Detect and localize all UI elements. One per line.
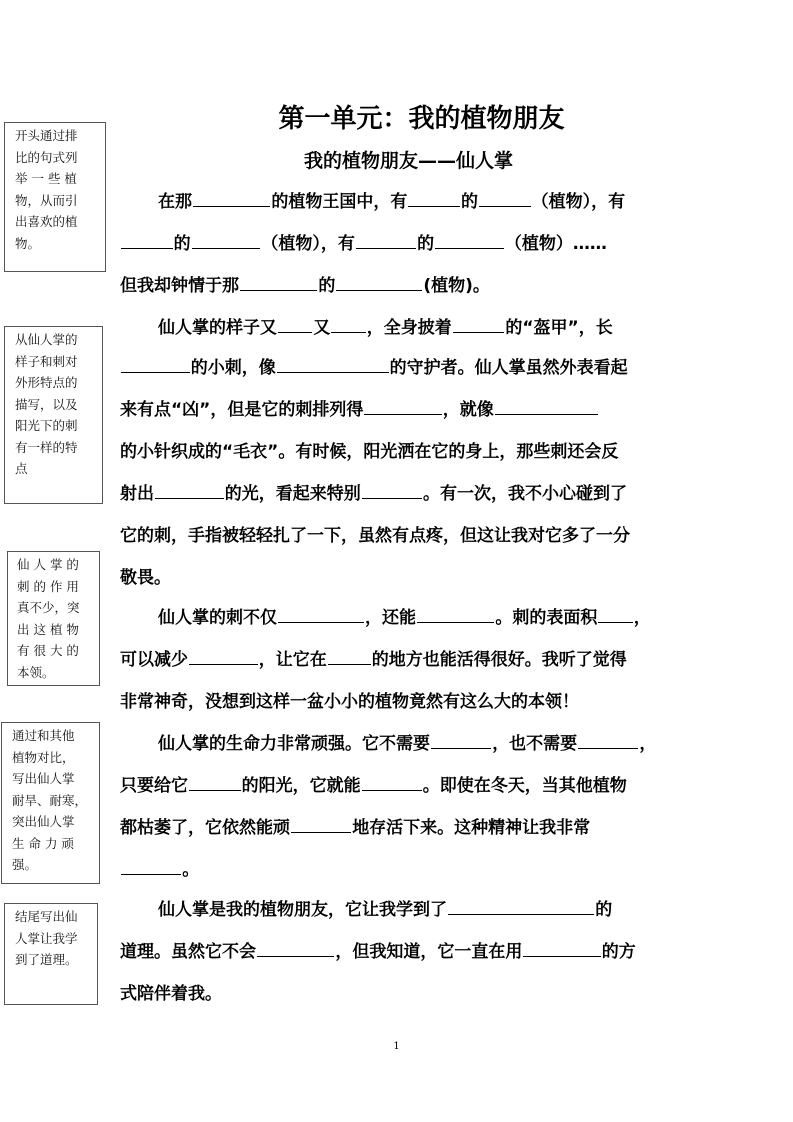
fill-in-blank[interactable]	[193, 190, 270, 207]
margin-note-line: 举 一 些 植	[15, 168, 99, 190]
essay-line: 的（植物），有的（植物）……	[120, 232, 676, 256]
essay-line: 式陪伴着我。	[120, 982, 676, 1006]
margin-note-line: 出 这 植 物	[17, 619, 93, 641]
essay-line: 的小刺，像的守护者。仙人掌虽然外表看起	[120, 356, 676, 380]
essay-text: ，让它在	[259, 650, 327, 670]
margin-note-line: 耐旱、耐寒，	[12, 790, 93, 812]
essay-line: 非常神奇，没想到这样一盆小小的植物竟然有这么大的本领！	[120, 690, 676, 714]
fill-in-blank[interactable]	[417, 606, 494, 623]
essay-text: （植物）……	[505, 234, 607, 254]
margin-note-line: 人掌让我学	[15, 928, 91, 950]
essay-text: 又	[313, 318, 330, 338]
essay-text: 的	[461, 192, 478, 212]
essay-text: （植物），有	[261, 234, 355, 254]
fill-in-blank[interactable]	[155, 482, 224, 499]
essay-text: 仙人掌的样子又	[158, 318, 277, 338]
essay-text: 道理。虽然它不会	[120, 942, 256, 962]
essay-text: ，全身披着	[367, 318, 452, 338]
margin-note-line: 有一样的特	[15, 437, 96, 459]
margin-note-line: 突出仙人掌	[12, 811, 93, 833]
margin-note-line: 开头通过排	[15, 125, 99, 147]
essay-text: 敬畏。	[120, 568, 171, 588]
essay-text: 只要给它	[120, 776, 188, 796]
fill-in-blank[interactable]	[453, 316, 505, 333]
fill-in-blank[interactable]	[331, 316, 365, 333]
essay-text: 的地方也能活得很好。我听了觉得	[372, 650, 627, 670]
unit-title: 第一单元：我的植物朋友	[0, 98, 793, 135]
fill-in-blank[interactable]	[598, 606, 632, 623]
margin-note-line: 真不少，突	[17, 597, 93, 619]
fill-in-blank[interactable]	[121, 356, 190, 373]
essay-line: 都枯萎了，它依然能顽地存活下来。这种精神让我非常	[120, 816, 676, 840]
margin-note-line: 阳光下的刺	[15, 415, 96, 437]
essay-text: 的守护者。仙人掌虽然外表看起	[390, 358, 628, 378]
essay-text: ，	[634, 608, 651, 628]
essay-text: 它的刺，手指被轻轻扎了一下，虽然有点疼，但这让我对它多了一分	[120, 526, 630, 546]
margin-note-line: 生 命 力 顽	[12, 833, 93, 855]
essay-line: 仙人掌的刺不仅，还能。刺的表面积，	[158, 606, 676, 630]
essay-text: 非常神奇，没想到这样一盆小小的植物竟然有这么大的本领！	[120, 692, 579, 712]
essay-text: 式陪伴着我。	[120, 984, 222, 1004]
fill-in-blank[interactable]	[435, 232, 504, 249]
margin-note-line: 仙 人 掌 的	[17, 554, 93, 576]
essay-text: 的“盔甲”，长	[505, 318, 612, 338]
fill-in-blank[interactable]	[362, 482, 422, 499]
margin-note-appearance: 从仙人掌的样子和刺对外形特点的描写，以及阳光下的刺有一样的特点	[4, 326, 103, 504]
page-number: 1	[0, 1041, 793, 1052]
essay-text: 的阳光，它就能	[242, 776, 361, 796]
essay-line: 仙人掌的样子又又，全身披着的“盔甲”，长	[158, 316, 676, 340]
essay-text: 仙人掌是我的植物朋友，它让我学到了	[158, 900, 447, 920]
margin-note-line: 刺 的 作 用	[17, 576, 93, 598]
essay-line: 敬畏。	[120, 566, 676, 590]
fill-in-blank[interactable]	[192, 232, 261, 249]
essay-line: 道理。虽然它不会，但我知道，它一直在用的方	[120, 940, 676, 964]
essay-text: ，还能	[365, 608, 416, 628]
essay-text: 的	[595, 900, 612, 920]
margin-note-line: 通过和其他	[12, 725, 93, 747]
fill-in-blank[interactable]	[362, 774, 422, 791]
margin-note-line: 物。	[15, 233, 99, 255]
essay-line: 。	[120, 858, 676, 882]
margin-note-line: 写出仙人掌	[12, 768, 93, 790]
essay-text: 的小针织成的“毛衣”。有时候，阳光洒在它的身上，那些刺还会反	[120, 442, 618, 462]
essay-text: 的	[417, 234, 434, 254]
margin-note-line: 样子和刺对	[15, 351, 96, 373]
essay-text: 的植物王国中，有	[271, 192, 407, 212]
essay-text: 。即使在冬天，当其他植物	[423, 776, 627, 796]
fill-in-blank[interactable]	[431, 732, 491, 749]
essay-line: 的小针织成的“毛衣”。有时候，阳光洒在它的身上，那些刺还会反	[120, 440, 676, 464]
fill-in-blank[interactable]	[364, 398, 441, 415]
essay-line: 但我却钟情于那的(植物)。	[120, 274, 676, 298]
fill-in-blank[interactable]	[240, 274, 317, 291]
essay-text: ，但我知道，它一直在用	[335, 942, 522, 962]
margin-note-vitality: 通过和其他植物对比，写出仙人掌耐旱、耐寒，突出仙人掌生 命 力 顽强。	[1, 722, 100, 884]
essay-text: 。	[182, 860, 199, 880]
essay-text: 来有点“凶”，但是它的刺排列得	[120, 400, 363, 420]
essay-text: （植物），有	[532, 192, 626, 212]
essay-text: 仙人掌的刺不仅	[158, 608, 277, 628]
essay-text: 的光，看起来特别	[225, 484, 361, 504]
margin-note-thorn-function: 仙 人 掌 的刺 的 作 用真不少，突出 这 植 物有 很 大 的本领。	[7, 551, 100, 686]
margin-note-line: 比的句式列	[15, 147, 99, 169]
margin-note-line: 出喜欢的植	[15, 211, 99, 233]
essay-line: 可以减少，让它在的地方也能活得很好。我听了觉得	[120, 648, 676, 672]
essay-line: 它的刺，手指被轻轻扎了一下，虽然有点疼，但这让我对它多了一分	[120, 524, 676, 548]
fill-in-blank[interactable]	[479, 190, 531, 207]
fill-in-blank[interactable]	[257, 940, 334, 957]
essay-text: 的	[318, 276, 335, 296]
margin-note-line: 强。	[12, 854, 93, 876]
margin-note-line: 从仙人掌的	[15, 329, 96, 351]
margin-note-line: 有 很 大 的	[17, 640, 93, 662]
essay-text: (植物)。	[423, 276, 490, 296]
fill-in-blank[interactable]	[523, 940, 600, 957]
essay-line: 仙人掌的生命力非常顽强。它不需要，也不需要，	[158, 732, 676, 756]
fill-in-blank[interactable]	[408, 190, 460, 207]
fill-in-blank[interactable]	[336, 274, 422, 291]
fill-in-blank[interactable]	[328, 648, 371, 665]
fill-in-blank[interactable]	[278, 316, 312, 333]
essay-text: 的方	[602, 942, 636, 962]
essay-text: 。有一次，我不小心碰到了	[423, 484, 627, 504]
essay-text: 在那	[158, 192, 192, 212]
essay-line: 射出的光，看起来特别。有一次，我不小心碰到了	[120, 482, 676, 506]
fill-in-blank[interactable]	[277, 356, 389, 373]
fill-in-blank[interactable]	[291, 816, 351, 833]
essay-text: ，	[639, 734, 656, 754]
margin-note-line: 结尾写出仙	[15, 906, 91, 928]
essay-text: 的	[174, 234, 191, 254]
essay-line: 来有点“凶”，但是它的刺排列得，就像	[120, 398, 676, 422]
essay-line: 仙人掌是我的植物朋友，它让我学到了的	[158, 898, 676, 922]
margin-note-line: 物，从而引	[15, 190, 99, 212]
essay-text: 仙人掌的生命力非常顽强。它不需要	[158, 734, 430, 754]
margin-note-opening: 开头通过排比的句式列举 一 些 植物，从而引出喜欢的植物。	[4, 122, 106, 272]
fill-in-blank[interactable]	[448, 898, 594, 915]
essay-text: ，也不需要	[492, 734, 577, 754]
essay-text: 射出	[120, 484, 154, 504]
margin-note-line: 点	[15, 458, 96, 480]
fill-in-blank[interactable]	[356, 232, 416, 249]
margin-note-line: 植物对比，	[12, 747, 93, 769]
fill-in-blank[interactable]	[121, 858, 181, 875]
margin-note-line: 外形特点的	[15, 372, 96, 394]
fill-in-blank[interactable]	[578, 732, 638, 749]
essay-text: ，就像	[443, 400, 494, 420]
fill-in-blank[interactable]	[495, 398, 598, 415]
fill-in-blank[interactable]	[278, 606, 364, 623]
fill-in-blank[interactable]	[121, 232, 173, 249]
margin-note-line: 到了道理。	[15, 949, 91, 971]
essay-line: 只要给它的阳光，它就能。即使在冬天，当其他植物	[120, 774, 676, 798]
essay-title: 我的植物朋友——仙人掌	[0, 146, 793, 173]
essay-text: 的小刺，像	[191, 358, 276, 378]
essay-text: 可以减少	[120, 650, 188, 670]
essay-text: 都枯萎了，它依然能顽	[120, 818, 290, 838]
margin-note-line: 本领。	[17, 662, 93, 684]
essay-line: 在那的植物王国中，有的（植物），有	[158, 190, 676, 214]
essay-text: 但我却钟情于那	[120, 276, 239, 296]
essay-text: 。刺的表面积	[495, 608, 597, 628]
essay-text: 地存活下来。这种精神让我非常	[352, 818, 590, 838]
fill-in-blank[interactable]	[189, 774, 241, 791]
margin-note-line: 描写，以及	[15, 394, 96, 416]
fill-in-blank[interactable]	[189, 648, 258, 665]
margin-note-ending: 结尾写出仙人掌让我学到了道理。	[4, 903, 98, 1005]
